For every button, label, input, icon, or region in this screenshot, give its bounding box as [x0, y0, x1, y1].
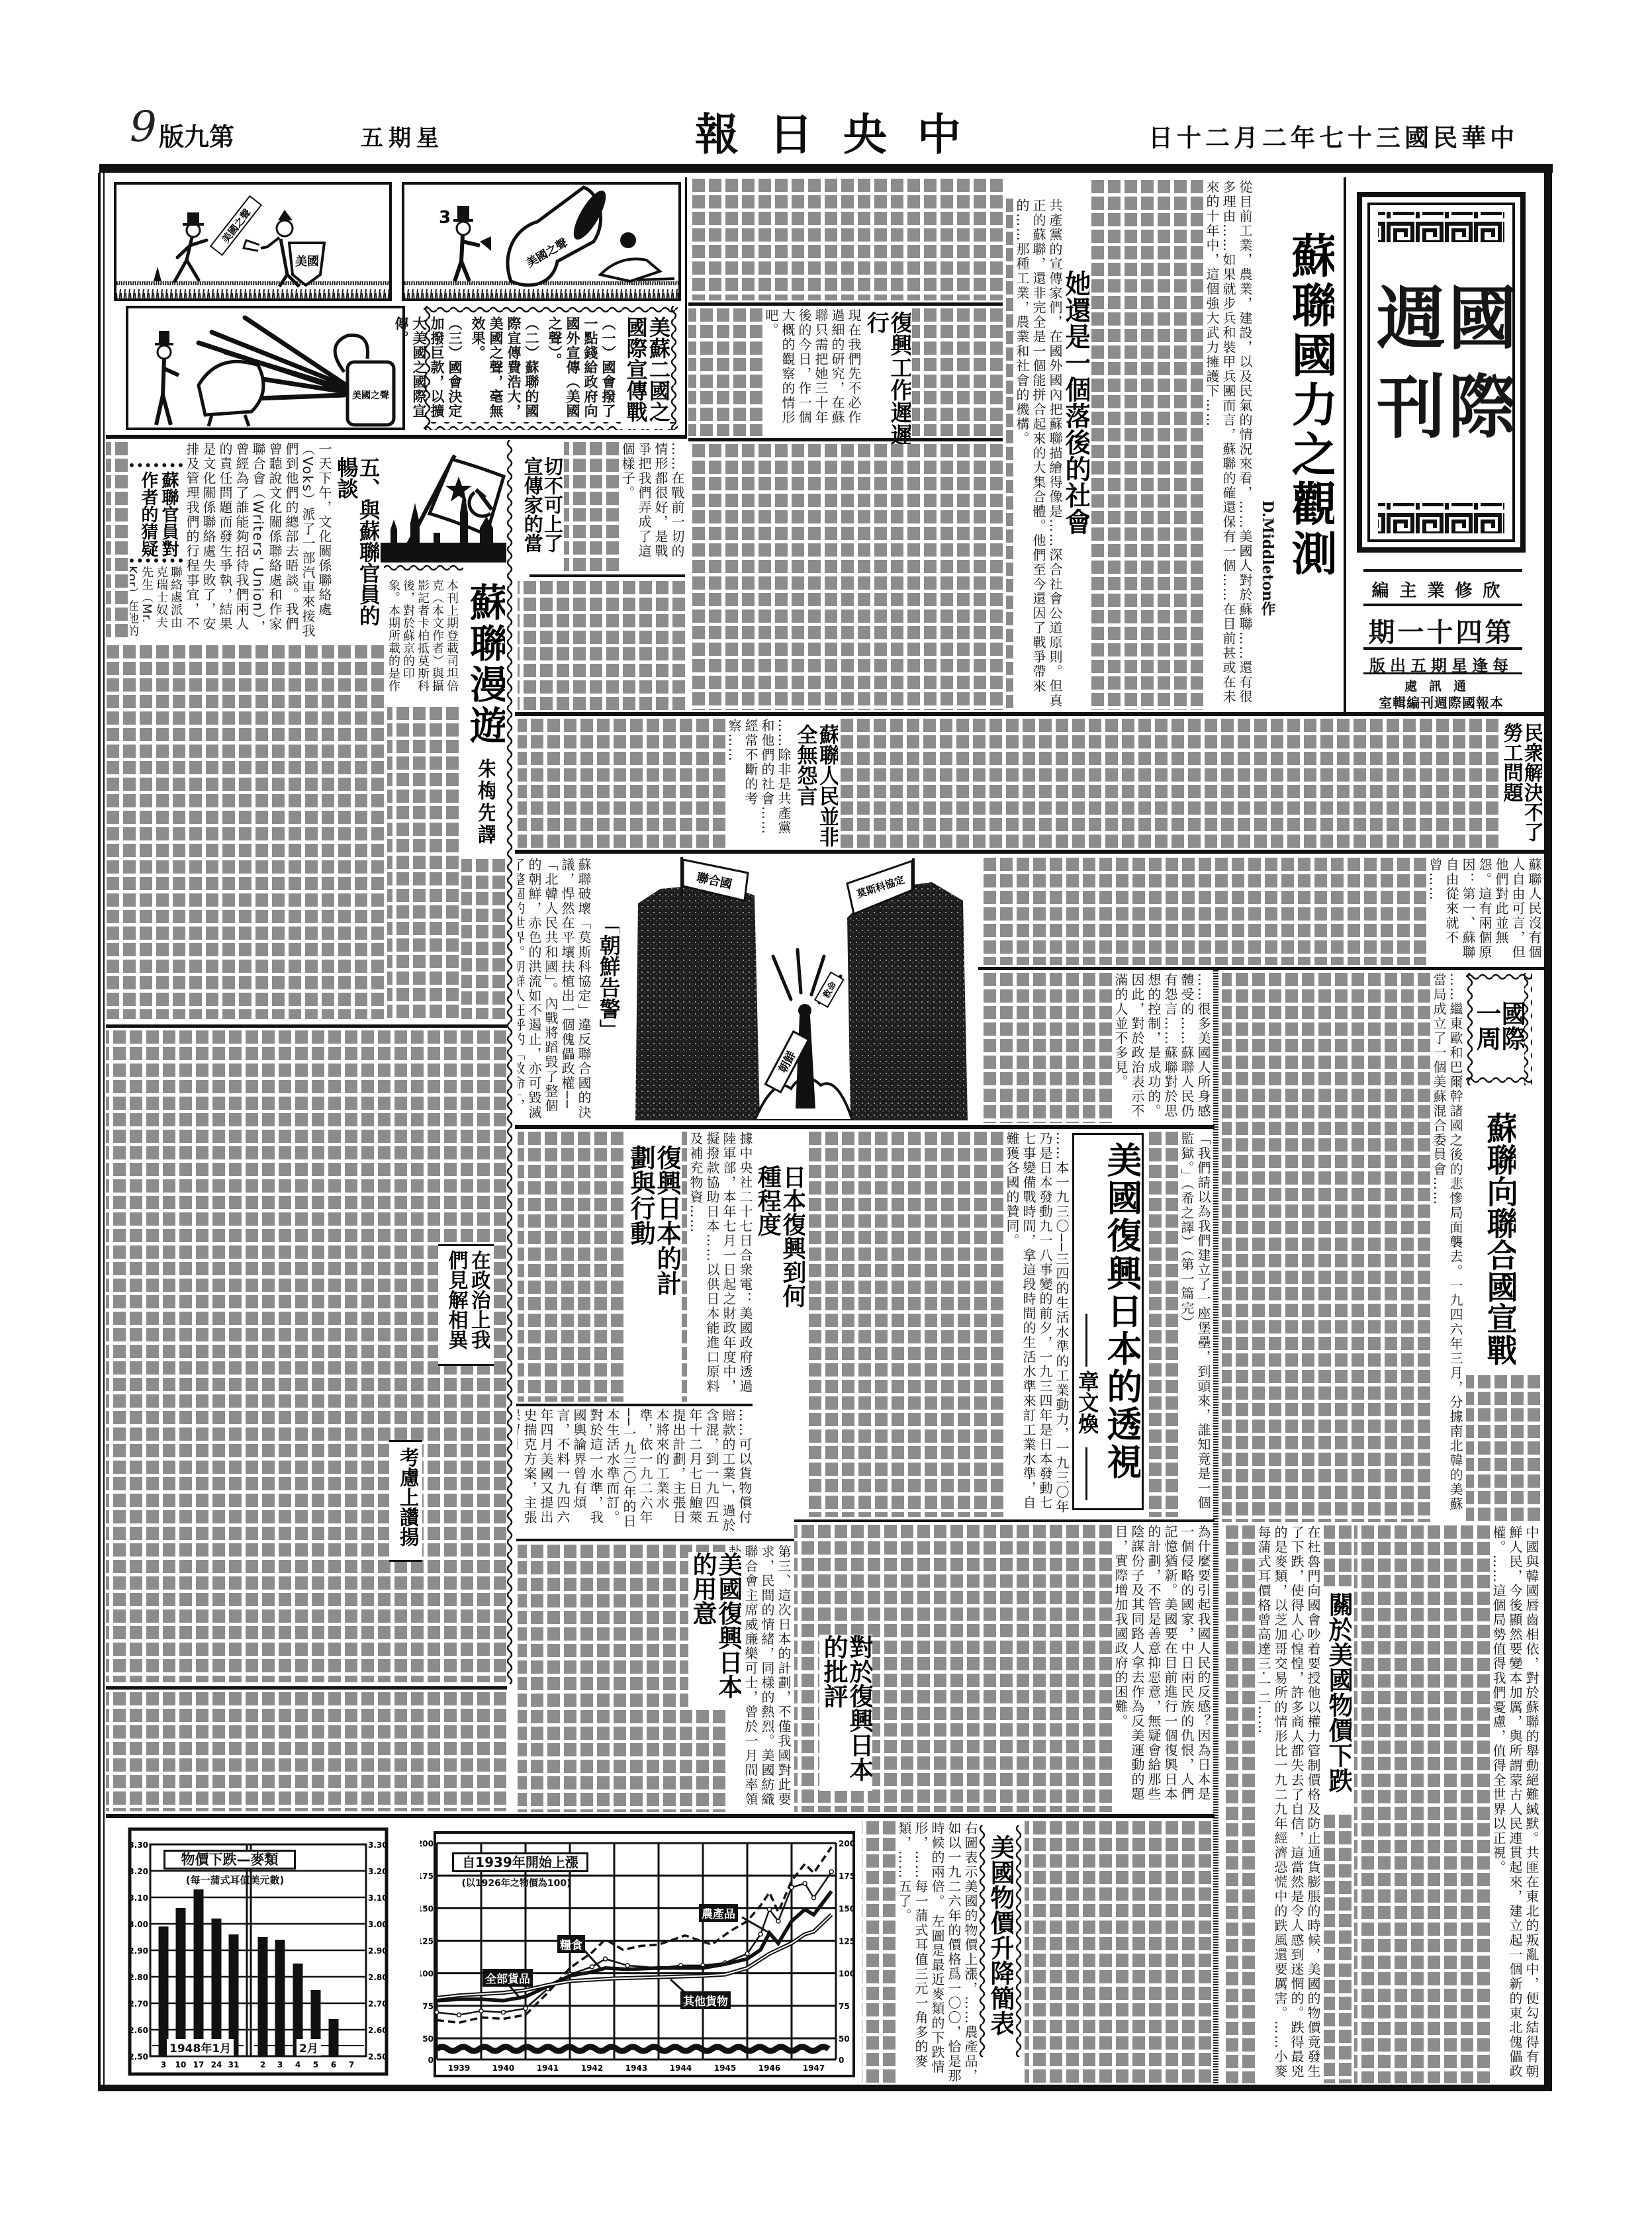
y-tick-label: 3.20 [128, 1867, 148, 1876]
section-rule [106, 1024, 507, 1028]
series-marker [435, 2011, 439, 2014]
column-rule [685, 177, 687, 437]
wheat-price-bar-chart: 2.502.502.602.602.702.702.802.802.902.90… [126, 1827, 390, 2078]
subhead-praise: 考慮上讚揚 [393, 1447, 418, 1559]
journey-title: 蘇聯漫遊 [461, 582, 505, 754]
subhead-backward-society: 她還是一個落後的社會 [1064, 270, 1089, 581]
article-text-block: 在杜魯門向國會吵着要授他以權力管制價格及防止通貨膨脹的時候，美國的物價竟發生了下… [1222, 1525, 1321, 2083]
bar [258, 1937, 268, 2056]
newspaper-page: 9 第九版 星期五 中央日報 中華民國三十七年二月二十日 美國之聲 美國 [0, 0, 1652, 2217]
series-marker [590, 1965, 594, 1969]
subhead-japan-intent: 美國復興日本的用意 [688, 1552, 741, 1708]
series-marker [790, 1885, 794, 1889]
y-tick-label: 200 [420, 1839, 434, 1848]
series-marker [812, 1896, 816, 1900]
subhead-us-price-drop: 關於美國物價下跌 [1324, 1592, 1352, 1810]
weekly-roundup-label: 國際一周 [1474, 1001, 1524, 1058]
section-rule [529, 574, 685, 577]
bar [212, 1919, 222, 2056]
y-tick-label: 100 [839, 1969, 855, 1979]
journey-body-text: 一天下午，文化關係聯絡處（Voks）派了一部汽車來接我們到他們的總部去晤談。我們… [185, 442, 332, 641]
section-rule [515, 1125, 1215, 1129]
wavy-divider [384, 564, 463, 572]
masthead-contact-label: 通訊處 [1357, 676, 1526, 694]
wavy-bracket-right [1015, 1825, 1023, 2057]
subhead-labor-problem: 民衆解決不了勞工問題 [1500, 723, 1542, 847]
series-marker [768, 1907, 772, 1911]
bar [229, 1934, 239, 2056]
cartoon-panel-drum-blast: 美國之聲 [126, 306, 405, 430]
y-tick-label: 3.10 [368, 1893, 388, 1903]
x-tick-label: 1946 [758, 2063, 780, 2073]
series-marker [745, 1952, 749, 1956]
masthead-rule [1363, 604, 1522, 606]
weekly-roundup-box: 國際一周 [1466, 973, 1532, 1085]
un-headline: 蘇聯向聯合國宣戰 [1479, 1112, 1516, 1371]
series-marker [604, 1957, 608, 1961]
japan-criticism-text: 為什麼要引起我國人民的反感？因為日本是一個侵略的國家，中日兩民族的仇恨，人們記憶… [1112, 1525, 1211, 1812]
bar-chart-subtitle: (每一蒲式耳值美元數) [165, 1873, 304, 1887]
svg-text:美國: 美國 [295, 254, 319, 269]
masthead-issue-number: 第四十一期 [1357, 611, 1526, 649]
korea-cartoon-title: 「朝鮮告警」 [594, 913, 619, 1052]
section-rule [106, 1686, 507, 1690]
y-tick-label: 2.50 [128, 2052, 148, 2061]
propaganda-warning-text: ……在戰前一切的情形都很好，是戰爭把我們弄成了這個樣子。 [619, 442, 685, 572]
korea-warning-cartoon: 聯合國 莫斯科協定 朝鮮 救命 [622, 857, 976, 1120]
x-tick-label: 3 [277, 2060, 283, 2069]
masthead-editor: 欣修業主編 [1357, 577, 1526, 602]
series-label-all-commodities: 全部貨品 [482, 1969, 533, 1987]
y-tick-label: 0 [428, 2056, 434, 2065]
article-text-block [518, 581, 685, 710]
section-rule [515, 850, 1545, 854]
edition-label: 第九版 [159, 124, 234, 150]
y-tick-label: 3.30 [128, 1840, 148, 1850]
series-marker [524, 2007, 528, 2011]
bar [176, 1908, 186, 2056]
article-text-block: ……可以貨物償付賠款的工業」，過於含混，到一九四五年十二月七日鮑萊提出計劃，主張… [518, 1408, 753, 1537]
sidebar-box: 蘇聯官員對作者的猜疑 [130, 463, 183, 563]
left-cliff [635, 883, 760, 1120]
article-text-block [841, 719, 1498, 848]
journey-byline: 朱梅先譯 [471, 758, 495, 851]
line-chart-subtitle: (以1926年之物價為100) [453, 1876, 579, 1889]
japan-byline: 章文煥 [1077, 1371, 1098, 1443]
y-tick-label: 100 [420, 1969, 434, 1979]
x-tick-label: 1943 [625, 2063, 647, 2073]
main-headline: 蘇聯國力之觀測 [1281, 232, 1334, 589]
journey-intro-text: 本刊上期登載司坦倍克（本文作者）與攝影記者卡柏抵莫斯科後，對於蘇京的印象。本期所… [387, 579, 459, 703]
article-text-block: 蘇聯人民沒有個人自由可言，但他們對此並無怨。這有兩個原因：第一、蘇聯自由從來就不… [980, 858, 1542, 965]
bar [275, 1940, 285, 2056]
svg-text:美國之聲: 美國之聲 [352, 390, 389, 401]
y-tick-label: 2.90 [128, 1946, 148, 1956]
us-price-drop-text: 在杜魯門向國會吵着要授他以權力管制價格及防止通貨膨脹的時候，美國的物價竟發生了下… [1255, 1525, 1321, 2083]
y-tick-label: 125 [420, 1937, 434, 1946]
cartoon-panel-small-horn: 美國之聲 美國 [114, 182, 392, 301]
soviet-flag-kremlin-illustration [381, 450, 506, 563]
y-tick-label: 2.70 [368, 1999, 388, 2009]
y-tick-label: 2.70 [128, 1999, 148, 2009]
article-text-block [912, 308, 1003, 436]
greek-key-border-top [1378, 212, 1504, 242]
masthead-rule [1363, 569, 1522, 572]
series-marker [776, 1919, 780, 1923]
hatch-pattern [1213, 970, 1218, 2085]
x-tick-label: 10 [175, 2060, 187, 2069]
subhead-complaints: 蘇聯人民並非全無怨言 [793, 724, 838, 852]
y-tick-label: 200 [839, 1839, 855, 1848]
left-border-rule [98, 173, 101, 2091]
section-rule [794, 1519, 1215, 1522]
article-text-block [688, 179, 1003, 300]
masthead-title: 國際週刊 [1370, 282, 1512, 462]
x-tick-label: 3 [161, 2060, 166, 2069]
sidebar-box-title: 蘇聯官員對作者的猜疑 [132, 471, 179, 557]
x-tick-label: 7 [349, 2060, 354, 2069]
series-label-foods: 糧食 [557, 1935, 585, 1953]
article-text-block: ……很多美國人所身感體受的……蘇聯人民仍有怨言……蘇聯對於思想的控制，是成功的。… [980, 973, 1211, 1123]
x-tick-label: 5 [313, 2060, 318, 2069]
article-lead-text: 從目前工業，農業，建設，以及民氣的情況來看，……美國人對於蘇聯……還有很多理由…… [1091, 180, 1253, 710]
y-tick-label: 3.00 [128, 1920, 148, 1929]
x-tick-label: 1945 [714, 2063, 736, 2073]
article-text-block [106, 1692, 506, 1811]
journey-intro: 本刊上期登載司坦倍克（本文作者）與攝影記者卡柏抵莫斯科後，對於蘇京的印象。本期所… [387, 579, 459, 703]
x-tick-label: 1947 [803, 2063, 825, 2073]
byline-rule [1085, 1447, 1087, 1500]
y-tick-label: 125 [839, 1937, 855, 1946]
masthead-rule [1363, 672, 1522, 674]
x-tick-label: 1940 [492, 2063, 514, 2073]
y-tick-label: 3.20 [368, 1867, 388, 1876]
section-rule [688, 302, 1003, 306]
bar-chart-title: 物價下跌—麥類 [163, 1850, 296, 1870]
article-text-block [1466, 1375, 1540, 1522]
weekday-label: 星期五 [361, 127, 444, 150]
subhead-japan-plan: 復興日本的計劃與行動 [625, 1145, 680, 1310]
article-text-block: 現在我們先不必作過細的研究，在蘇聯只需把她三十年後的今日，作一個大概的觀察的情形… [688, 308, 862, 436]
subhead-japan-extent: 日本復興到何種程度 [755, 1165, 805, 1318]
series-marker [479, 2009, 483, 2013]
section-rule [688, 438, 1003, 441]
handwritten-page-mark: 9 [130, 106, 157, 148]
japan-article-title: 美國復興日本的透視 [1101, 1142, 1140, 1486]
y-tick-label: 2.80 [368, 1973, 388, 1982]
y-tick-label: 2.90 [368, 1946, 388, 1956]
issue-date: 中華民國三十七年二月二十日 [1148, 126, 1518, 150]
y-tick-label: 2.60 [128, 2026, 148, 2035]
series-marker [502, 2011, 506, 2014]
y-tick-label: 150 [839, 1904, 855, 1913]
cartoon-panel-giant-horn: 3 美國之聲 [402, 182, 681, 301]
series-marker [829, 1870, 833, 1874]
article-text-block [518, 1132, 623, 1402]
japan-title-box: 美國復興日本的透視 章文煥 [1072, 1133, 1144, 1510]
y-tick-label: 75 [422, 2002, 434, 2011]
price-table-heading: 美國物價升降簡表 [987, 1834, 1013, 2050]
complaints-text: ……除非是共產黨和他們的社會……經常不斷的考察…… [725, 719, 792, 848]
korea-caption-text: 蘇聯破壞「莫斯科協定」違反聯合國的決議，悍然在平壤扶植出一個傀儡政權──「北韓人… [518, 858, 592, 1122]
article-text-block: 據中央社二十七日合衆電：美國政府透過陸軍部，本年七月一日起之財政年度中，擬撥款協… [682, 1132, 753, 1402]
article-text-block [1324, 1525, 1352, 1586]
wavy-article-border [506, 440, 514, 1684]
quote-text: 「我們請以為我們建立了一座堡壘，到頭來，誰知竟是一個監獄。」（希之譯）（第一篇完… [1178, 1132, 1211, 1517]
cartoon-caption-2: （二）蘇聯的國際宣傳費浩大，美國之聲，毫無效果。 [469, 316, 540, 421]
greek-key-border-bottom [1378, 503, 1504, 533]
y-tick-label: 175 [420, 1872, 434, 1881]
japan-extent-text: ……本一九三〇──三四的生活水準的工業動力，一九三〇年乃是日本發動九一八事變的前… [1003, 1132, 1070, 1517]
masthead-box: 國際週刊 [1357, 192, 1526, 553]
un-korea-text: ……繼東歐和巴爾幹諸國之後的悲慘局面襲去。一九四六年三月，分據南北韓的美蘇當局成… [1430, 973, 1463, 1522]
line-chart-title: 自1939年開始上漲 [452, 1852, 588, 1872]
x-tick-label: 2 [260, 2060, 265, 2069]
y-tick-label: 75 [839, 2002, 850, 2011]
y-tick-label: 2.80 [128, 1973, 148, 1982]
section-rule [516, 1404, 753, 1406]
article-text-block [688, 444, 1003, 710]
article-text-block: ……本一九三〇──三四的生活水準的工業動力，一九三〇年乃是日本發動九一八事變的前… [806, 1132, 1070, 1517]
price-index-line-chart: 0050507575100100125125150150175175200200… [420, 1830, 860, 2080]
subhead-box-praise: 考慮上讚揚 [389, 1440, 422, 1562]
masthead-contact: 本報國際週刊編輯室 [1357, 692, 1526, 711]
backward-society-text: 共產黨的宣傳家們，在國外國內把蘇聯描繪得像是……深合社會公道原則。但真正的蘇聯，… [1013, 199, 1063, 710]
section-rule [106, 1814, 1215, 1818]
month-group-label: 1948年1月 [167, 2039, 234, 2056]
wavy-bracket-left [978, 1825, 986, 2057]
series-marker [758, 1932, 762, 1936]
series-label-other-commodities: 其他貨物 [680, 1991, 731, 2009]
cartoon-caption-1: （一）國會撥了一點錢給政府向國外宣傳（美國之聲）。 [545, 316, 617, 421]
article-text-block [461, 859, 505, 1019]
x-tick-label: 24 [211, 2060, 222, 2069]
price-table-caption-text: 右圖表示美國的物價上漲，……農產品，如以一九二六年的價格爲一〇〇，恰是那時候的兩… [895, 1821, 978, 2083]
bar [194, 1889, 204, 2056]
newspaper-name: 中央日報 [695, 113, 991, 156]
price-table-caption: 右圖表示美國的物價上漲，……農產品，如以一九二六年的價格爲一〇〇，恰是那時候的兩… [862, 1821, 978, 2083]
hatched-column-separator [1213, 970, 1218, 2085]
column-rule [1344, 177, 1346, 712]
un-northeast-text: 中國與韓國唇齒相依，對於蘇聯的舉動絕難緘默。共匪在東北的叛亂中，便勾結得有朝鮮人… [1490, 1525, 1539, 2083]
x-tick-label: 1942 [581, 2063, 603, 2073]
cartoon-caption-3: （三）國會決定加撥巨款，以擴大美國之國際宣傳。 [392, 316, 463, 421]
subhead-political-differences: 在政治上我們見解相異 [442, 1250, 490, 1363]
japan-plan-text: 據中央社二十七日合衆電：美國政府透過陸軍部，本年七月一日起之財政年度中，擬撥款協… [687, 1132, 753, 1402]
cartoon-caption-title: 美蘇二國之國際宣傳戰 [621, 316, 670, 429]
y-tick-label: 2.50 [368, 2052, 388, 2061]
article-text-block: ……繼東歐和巴爾幹諸國之後的悲慘局面襲去。一九四六年三月，分據南北韓的美蘇當局成… [1222, 973, 1463, 1522]
article-text-block [1025, 1821, 1211, 2083]
article-text-block: 一天下午，文化關係聯絡處（Voks）派了一部汽車來接我們到他們的總部去晤談。我們… [185, 442, 332, 641]
korea-caption-block: 蘇聯破壞「莫斯科協定」違反聯合國的決議，悍然在平壤扶植出一個傀儡政權──「北韓人… [518, 858, 592, 1122]
x-tick-label: 1941 [537, 2063, 559, 2073]
section-rule [515, 712, 1545, 716]
propaganda-cartoon-caption-box: 美蘇二國之國際宣傳戰 （一）國會撥了一點錢給政府向國外宣傳（美國之聲）。 （二）… [424, 306, 678, 430]
article-text-block [106, 645, 384, 1019]
article-text-block [387, 707, 459, 1019]
y-tick-label: 3.30 [368, 1840, 388, 1850]
series-label-farm-products: 農產品 [699, 1904, 738, 1922]
x-tick-label: 6 [331, 2060, 336, 2069]
sidebar-text: 聯絡處派由克瑞士奴夫先生（Mr. Kor）在他的辦公室裏接見我們。 [130, 566, 183, 641]
japan-reparations-text: ……可以貨物償付賠款的工業」，過於含混，到一九四五年十二月七日鮑萊提出計劃，主張… [518, 1408, 753, 1537]
article-text-block: ……除非是共產黨和他們的社會……經常不斷的考察…… [518, 719, 792, 848]
subhead-box-political: 在政治上我們見解相異 [438, 1244, 494, 1366]
bar [159, 1926, 169, 2056]
masthead-rule [1363, 647, 1522, 650]
x-tick-label: 1944 [670, 2063, 692, 2073]
bar [329, 2019, 339, 2056]
bottom-border-rule [99, 2085, 1552, 2091]
article-text-block: 聯絡處派由克瑞士奴夫先生（Mr. Kor）在他的辦公室裏接見我們。 [130, 566, 183, 641]
byline-rule [1085, 1314, 1087, 1367]
x-tick-label: 4 [295, 2060, 300, 2069]
article-text-block: 「我們請以為我們建立了一座堡壘，到頭來，誰知竟是一個監獄。」（希之譯）（第一篇完… [1146, 1132, 1211, 1517]
section-rule [516, 1539, 794, 1541]
y-tick-label: 50 [839, 2034, 850, 2044]
article-text-block: ……在戰前一切的情形都很好，是戰爭把我們弄成了這個樣子。 [564, 442, 685, 572]
lead-text: 從目前工業，農業，建設，以及民氣的情況來看，……美國人對於蘇聯……還有很多理由…… [1203, 180, 1253, 710]
drum: 美國之聲 [347, 362, 394, 425]
article-text-block [1324, 1815, 1352, 2083]
y-tick-label: 2.60 [368, 2026, 388, 2035]
series-marker [803, 1881, 807, 1885]
panel-number: 3 [439, 208, 451, 228]
no-freedom-text: 蘇聯人民沒有個人自由可言，但他們對此並無怨。這有兩個原因：第一、蘇聯自由從來就不… [1426, 858, 1542, 965]
section-rule [106, 435, 687, 439]
subhead-japan-criticism: 對於復興日本的批評 [819, 1635, 872, 1791]
y-tick-label: 3.00 [368, 1920, 388, 1929]
main-byline: D.Middleton作 [1258, 500, 1278, 606]
article-text-block: 共產黨的宣傳家們，在國外國內把蘇聯描繪得像是……深合社會公道原則。但真正的蘇聯，… [1006, 199, 1063, 710]
right-border-rule [1544, 164, 1552, 2091]
header-rule [99, 164, 1553, 173]
subhead-propaganda-warning: 切不可上了宣傳家的當 [522, 457, 563, 561]
month-group-label: 2月 [297, 2039, 321, 2056]
left-border-rule-inner [103, 173, 105, 2091]
slow-recovery-text: 現在我們先不必作過細的研究，在蘇聯只需把她三十年後的今日，作一個大概的觀察的情形… [762, 308, 862, 436]
y-tick-label: 150 [420, 1904, 434, 1913]
cartoon-caption-list: （一）國會撥了一點錢給政府向國外宣傳（美國之聲）。 （二）蘇聯的國際宣傳費浩大，… [437, 316, 617, 421]
x-tick-label: 31 [228, 2060, 240, 2069]
section-rule [978, 967, 1545, 970]
y-tick-label: 0 [839, 2056, 844, 2065]
series-marker [457, 2013, 461, 2017]
article-text-block: 第三、這次日本的計劃，不僅我國對此要求，民間的情緒，同樣的熱烈。美國紡織聯合會主… [518, 1545, 792, 1812]
y-tick-label: 3.10 [128, 1893, 148, 1903]
series-marker [625, 1964, 629, 1968]
right-cliff [847, 882, 968, 1120]
thought-control-text: ……很多美國人所身感體受的……蘇聯人民仍有怨言……蘇聯對於思想的控制，是成功的。… [1112, 973, 1211, 1123]
y-tick-label: 50 [422, 2034, 434, 2044]
x-tick-label: 17 [193, 2060, 205, 2069]
journey-section-title: 五、與蘇聯官員的暢談 [334, 457, 379, 642]
article-text-block: 中國與韓國唇齒相依，對於蘇聯的舉動絕難緘默。共匪在東北的叛亂中，便勾結得有朝鮮人… [1354, 1525, 1539, 2083]
y-tick-label: 175 [839, 1872, 855, 1881]
x-tick-label: 1939 [448, 2063, 470, 2073]
article-text-block [106, 442, 128, 641]
